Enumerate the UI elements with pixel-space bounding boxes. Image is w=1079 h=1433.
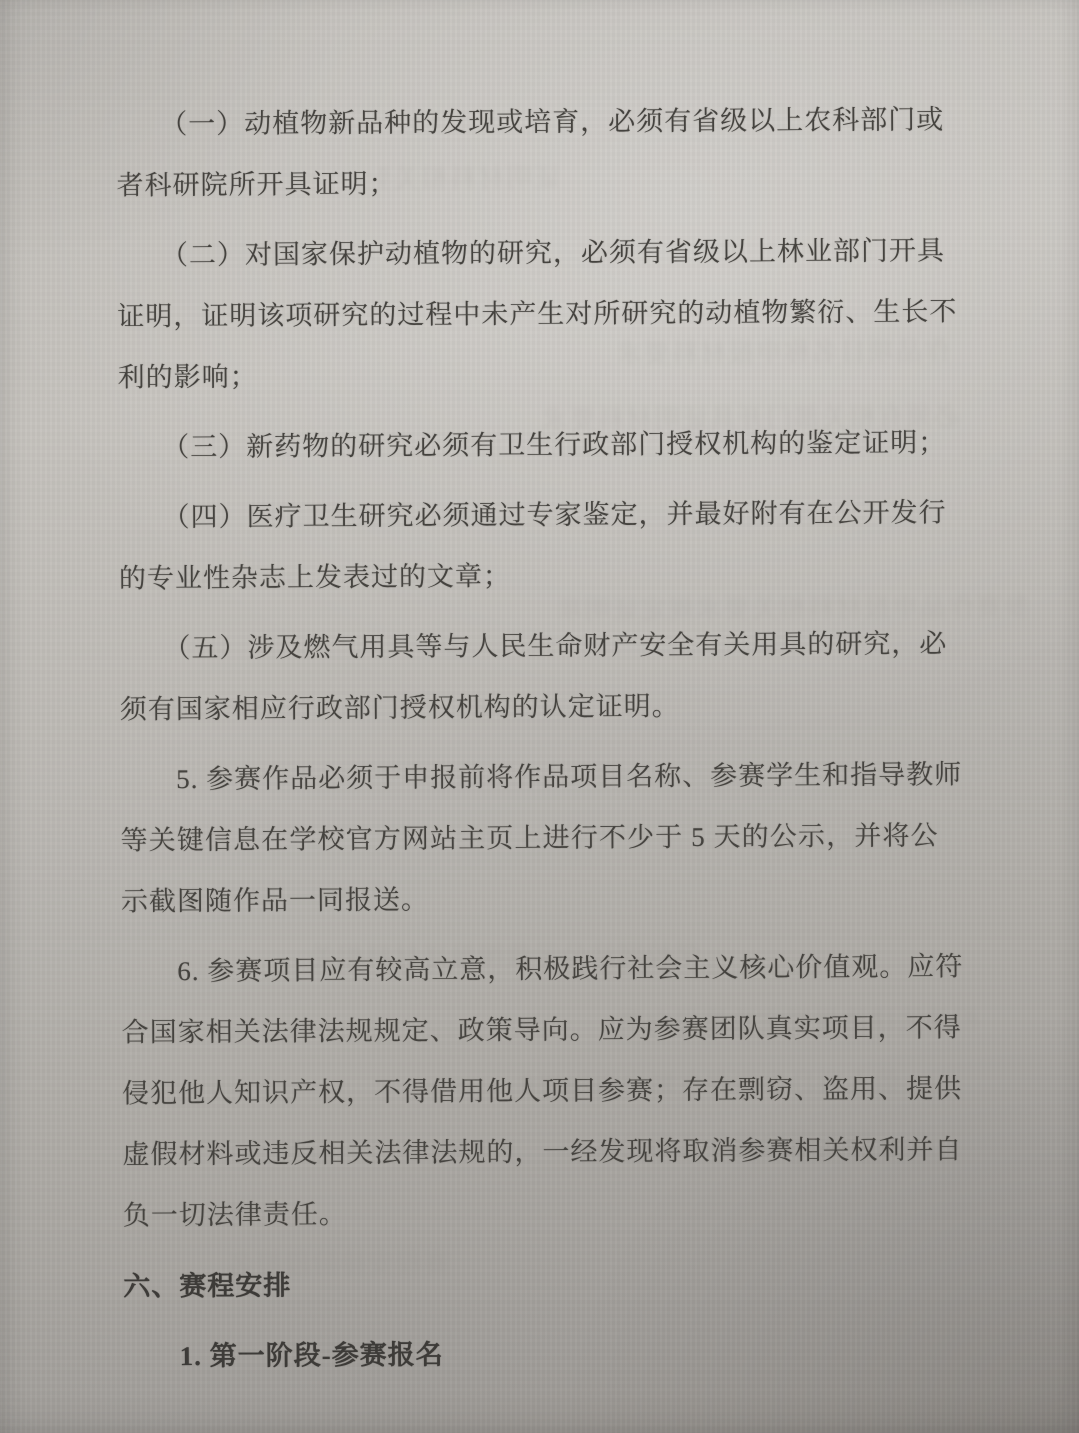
text-line: （一）动植物新品种的发现或培育，必须有省级以上农科部门或 xyxy=(116,90,934,156)
text-line: （四）医疗卫生研究必须通过专家鉴定，并最好附有在公开发行 xyxy=(118,482,936,548)
text-line: 示截图随作品一同报送。 xyxy=(121,866,939,932)
paragraph: （四）医疗卫生研究必须通过专家鉴定，并最好附有在公开发行的专业性杂志上发表过的文… xyxy=(118,482,937,609)
paragraph: （二）对国家保护动植物的研究，必须有省级以上林业部门开具证明，证明该项研究的过程… xyxy=(117,220,936,408)
text-line: 六、赛程安排 xyxy=(123,1251,941,1317)
paragraph: （五）涉及燃气用具等与人民生命财产安全有关用具的研究，必须有国家相应行政部门授权… xyxy=(119,613,938,740)
text-line: （二）对国家保护动植物的研究，必须有省级以上林业部门开具 xyxy=(117,220,935,286)
text-line: 利的影响； xyxy=(118,342,936,408)
text-line: 者科研院所开具证明； xyxy=(116,151,934,217)
section-heading: 六、赛程安排 xyxy=(123,1251,941,1317)
paragraph: （一）动植物新品种的发现或培育，必须有省级以上农科部门或者科研院所开具证明； xyxy=(116,90,935,217)
text-line: 等关键信息在学校官方网站主页上进行不少于 5 天的公示，并将公 xyxy=(120,805,938,871)
document-photo: 证明材料相关要求规定申报作品项目名称申报材料要求相关规定必须有相关部门开具证明材… xyxy=(0,0,1079,1433)
text-line: 侵犯他人知识产权，不得借用他人项目参赛；存在剽窃、盗用、提供 xyxy=(122,1058,940,1124)
paragraph: 6. 参赛项目应有较高立意，积极践行社会主义核心价值观。应符合国家相关法律法规规… xyxy=(121,936,941,1246)
text-line: 虚假材料或违反相关法律法规的，一经发现将取消参赛相关权利并自 xyxy=(122,1119,940,1185)
text-line: 6. 参赛项目应有较高立意，积极践行社会主义核心价值观。应符 xyxy=(121,936,939,1002)
text-line: 5. 参赛作品必须于申报前将作品项目名称、参赛学生和指导教师 xyxy=(120,744,938,810)
sub-heading: 1. 第一阶段-参赛报名 xyxy=(124,1321,942,1387)
text-line: 负一切法律责任。 xyxy=(123,1180,941,1246)
text-line: 须有国家相应行政部门授权机构的认定证明。 xyxy=(120,674,938,740)
paragraph: （三）新药物的研究必须有卫生行政部门授权机构的鉴定证明； xyxy=(118,412,936,478)
document-text-block: （一）动植物新品种的发现或培育，必须有省级以上农科部门或者科研院所开具证明；（二… xyxy=(116,90,942,1397)
text-line: （五）涉及燃气用具等与人民生命财产安全有关用具的研究，必 xyxy=(119,613,937,679)
text-line: 证明，证明该项研究的过程中未产生对所研究的动植物繁衍、生长不 xyxy=(117,281,935,347)
text-line: 的专业性杂志上发表过的文章； xyxy=(119,543,937,609)
paragraph: 5. 参赛作品必须于申报前将作品项目名称、参赛学生和指导教师等关键信息在学校官方… xyxy=(120,744,939,932)
text-line: 合国家相关法律法规规定、政策导向。应为参赛团队真实项目，不得 xyxy=(122,997,940,1063)
text-line: 1. 第一阶段-参赛报名 xyxy=(124,1321,942,1387)
text-line: （三）新药物的研究必须有卫生行政部门授权机构的鉴定证明； xyxy=(118,412,936,478)
